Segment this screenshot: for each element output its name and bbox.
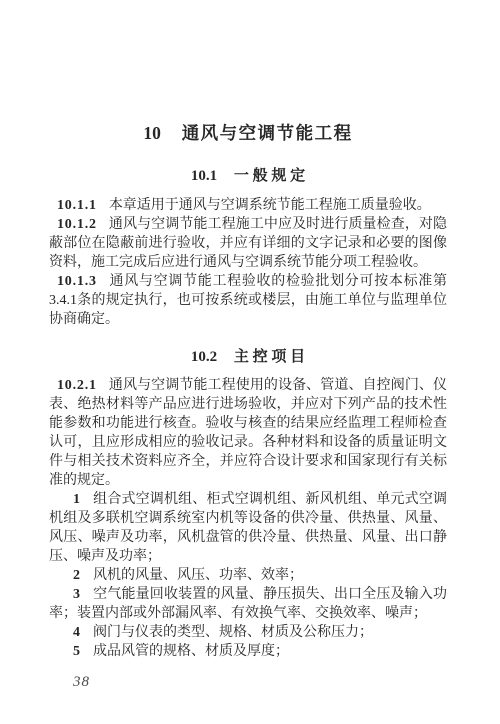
section-title-text: 主 控 项 目: [234, 349, 305, 365]
list-item-number: 5: [73, 644, 80, 659]
section-number: 10.1: [191, 168, 217, 184]
clause-text: 通风与空调节能工程施工中应及时进行质量检查，对隐蔽部位在隐蔽前进行验收，并应有详…: [49, 217, 447, 270]
clause-10-1-2: 10.1.2通风与空调节能工程施工中应及时进行质量检查，对隐蔽部位在隐蔽前进行验…: [49, 215, 447, 272]
clause-text: 本章适用于通风与空调系统节能工程施工质量验收。: [109, 198, 431, 213]
section-heading-10-2: 10.2 主 控 项 目: [49, 348, 447, 367]
clause-text: 通风与空调节能工程使用的设备、管道、自控阀门、仪表、绝热材料等产品应进行进场验收…: [49, 378, 447, 488]
list-item-number: 2: [73, 568, 80, 583]
clause-10-2-1: 10.2.1通风与空调节能工程使用的设备、管道、自控阀门、仪表、绝热材料等产品应…: [49, 376, 447, 490]
list-item-text: 空气能量回收装置的风量、静压损失、出口全压及输入功率；装置内部或外部漏风率、有效…: [49, 587, 447, 621]
chapter-number: 10: [143, 123, 161, 143]
list-item-text: 成品风管的规格、材质及厚度；: [93, 644, 289, 659]
clause-number: 10.1.3: [57, 274, 97, 289]
document-page: 10 通风与空调节能工程 10.1 一 般 规 定 10.1.1本章适用于通风与…: [0, 0, 500, 724]
clause-text: 通风与空调节能工程验收的检验批划分可按本标准第3.4.1条的规定执行，也可按系统…: [49, 274, 447, 327]
list-item-text: 阀门与仪表的类型、规格、材质及公称压力；: [93, 625, 373, 640]
clause-10-1-1: 10.1.1本章适用于通风与空调系统节能工程施工质量验收。: [49, 196, 447, 215]
list-item-1: 1组合式空调机组、柜式空调机组、新风机组、单元式空调机组及多联机空调系统室内机等…: [49, 490, 447, 566]
section-title-text: 一 般 规 定: [234, 168, 305, 184]
chapter-title: 10 通风与空调节能工程: [49, 123, 447, 143]
section-number: 10.2: [191, 349, 217, 365]
section-heading-10-1: 10.1 一 般 规 定: [49, 167, 447, 186]
page-content: 10 通风与空调节能工程 10.1 一 般 规 定 10.1.1本章适用于通风与…: [49, 0, 447, 661]
list-item-4: 4阀门与仪表的类型、规格、材质及公称压力；: [49, 623, 447, 642]
clause-number: 10.2.1: [57, 378, 97, 393]
list-item-text: 组合式空调机组、柜式空调机组、新风机组、单元式空调机组及多联机空调系统室内机等设…: [49, 492, 447, 564]
list-item-3: 3空气能量回收装置的风量、静压损失、出口全压及输入功率；装置内部或外部漏风率、有…: [49, 585, 447, 623]
clause-10-1-3: 10.1.3通风与空调节能工程验收的检验批划分可按本标准第3.4.1条的规定执行…: [49, 272, 447, 329]
page-number: 38: [73, 674, 90, 690]
clause-number: 10.1.1: [57, 198, 97, 213]
list-item-text: 风机的风量、风压、功率、效率；: [93, 568, 303, 583]
chapter-title-text: 通风与空调节能工程: [182, 123, 353, 143]
clause-number: 10.1.2: [57, 217, 97, 232]
list-item-number: 3: [73, 587, 80, 602]
list-item-5: 5成品风管的规格、材质及厚度；: [49, 642, 447, 661]
list-item-number: 4: [73, 625, 80, 640]
list-item-number: 1: [73, 492, 80, 507]
list-item-2: 2风机的风量、风压、功率、效率；: [49, 566, 447, 585]
